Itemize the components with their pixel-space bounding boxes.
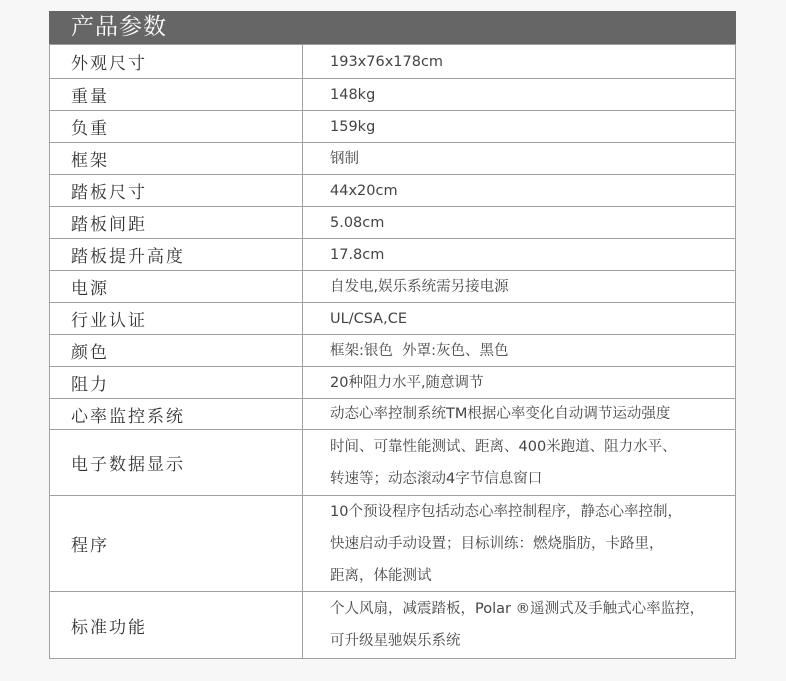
value-line: 5.08cm bbox=[330, 207, 735, 239]
table-row-color: 颜色 框架:银色 外罩:灰色、黑色 bbox=[50, 334, 735, 366]
table-row-pedal-lift: 踏板提升高度 17.8cm bbox=[50, 238, 735, 270]
row-label: 踏板尺寸 bbox=[50, 175, 303, 206]
table-header: 产品参数 bbox=[49, 11, 736, 44]
row-label: 程序 bbox=[50, 496, 303, 591]
value-line: 20种阻力水平,随意调节 bbox=[330, 367, 735, 399]
row-value: 个人风扇，减震踏板，Polar ®遥测式及手触式心率监控， 可升级星驰娱乐系统 bbox=[303, 592, 735, 658]
row-value: 17.8cm bbox=[303, 239, 735, 270]
table-row-standard-features: 标准功能 个人风扇，减震踏板，Polar ®遥测式及手触式心率监控， 可升级星驰… bbox=[50, 591, 735, 658]
row-label: 框架 bbox=[50, 143, 303, 174]
value-line: 框架:银色 外罩:灰色、黑色 bbox=[330, 335, 735, 367]
table-row-display: 电子数据显示 时间、可靠性能测试、距离、400米跑道、阻力水平、 转速等；动态滚… bbox=[50, 429, 735, 495]
table-row-dimensions: 外观尺寸 193x76x178cm bbox=[50, 44, 735, 78]
row-value: 159kg bbox=[303, 111, 735, 142]
value-line: 距离，体能测试 bbox=[330, 560, 735, 592]
value-line: 动态心率控制系统TM根据心率变化自动调节运动强度 bbox=[330, 398, 735, 430]
table-row-frame: 框架 钢制 bbox=[50, 142, 735, 174]
row-label: 阻力 bbox=[50, 367, 303, 398]
value-line: 193x76x178cm bbox=[330, 46, 735, 78]
row-label: 颜色 bbox=[50, 335, 303, 366]
row-label: 电子数据显示 bbox=[50, 430, 303, 495]
value-line: 44x20cm bbox=[330, 175, 735, 207]
row-value: UL/CSA,CE bbox=[303, 303, 735, 334]
table-row-heart-rate: 心率监控系统 动态心率控制系统TM根据心率变化自动调节运动强度 bbox=[50, 398, 735, 429]
table-row-pedal-spacing: 踏板间距 5.08cm bbox=[50, 206, 735, 238]
row-label: 负重 bbox=[50, 111, 303, 142]
row-value: 193x76x178cm bbox=[303, 45, 735, 78]
row-value: 动态心率控制系统TM根据心率变化自动调节运动强度 bbox=[303, 399, 735, 429]
row-label: 电源 bbox=[50, 271, 303, 302]
row-value: 20种阻力水平,随意调节 bbox=[303, 367, 735, 398]
row-label: 踏板间距 bbox=[50, 207, 303, 238]
row-label: 外观尺寸 bbox=[50, 45, 303, 78]
table-row-weight: 重量 148kg bbox=[50, 78, 735, 110]
row-value: 钢制 bbox=[303, 143, 735, 174]
row-value: 44x20cm bbox=[303, 175, 735, 206]
table-row-programs: 程序 10个预设程序包括动态心率控制程序，静态心率控制， 快速启动手动设置；目标… bbox=[50, 495, 735, 591]
value-line: 钢制 bbox=[330, 143, 735, 175]
table-row-max-load: 负重 159kg bbox=[50, 110, 735, 142]
value-line: 转速等；动态滚动4字节信息窗口 bbox=[330, 463, 735, 495]
table-row-pedal-size: 踏板尺寸 44x20cm bbox=[50, 174, 735, 206]
table-row-resistance: 阻力 20种阻力水平,随意调节 bbox=[50, 366, 735, 398]
row-value: 148kg bbox=[303, 79, 735, 110]
table-row-certification: 行业认证 UL/CSA,CE bbox=[50, 302, 735, 334]
table-row-power: 电源 自发电,娱乐系统需另接电源 bbox=[50, 270, 735, 302]
row-value: 5.08cm bbox=[303, 207, 735, 238]
value-line: 148kg bbox=[330, 79, 735, 111]
value-line: 自发电,娱乐系统需另接电源 bbox=[330, 271, 735, 303]
row-value: 自发电,娱乐系统需另接电源 bbox=[303, 271, 735, 302]
value-line: 快速启动手动设置；目标训练：燃烧脂肪，卡路里， bbox=[330, 528, 735, 560]
value-line: 159kg bbox=[330, 111, 735, 143]
row-label: 行业认证 bbox=[50, 303, 303, 334]
value-line: 10个预设程序包括动态心率控制程序，静态心率控制， bbox=[330, 496, 735, 528]
row-label: 标准功能 bbox=[50, 592, 303, 658]
value-line: 可升级星驰娱乐系统 bbox=[330, 625, 735, 657]
product-spec-table: 产品参数 外观尺寸 193x76x178cm 重量 148kg 负重 159kg… bbox=[49, 11, 736, 659]
row-label: 心率监控系统 bbox=[50, 399, 303, 429]
value-line: UL/CSA,CE bbox=[330, 303, 735, 335]
row-value: 10个预设程序包括动态心率控制程序，静态心率控制， 快速启动手动设置；目标训练：… bbox=[303, 496, 735, 591]
row-value: 时间、可靠性能测试、距离、400米跑道、阻力水平、 转速等；动态滚动4字节信息窗… bbox=[303, 430, 735, 495]
value-line: 17.8cm bbox=[330, 239, 735, 271]
row-value: 框架:银色 外罩:灰色、黑色 bbox=[303, 335, 735, 366]
row-label: 踏板提升高度 bbox=[50, 239, 303, 270]
value-line: 个人风扇，减震踏板，Polar ®遥测式及手触式心率监控， bbox=[330, 593, 735, 625]
value-line: 时间、可靠性能测试、距离、400米跑道、阻力水平、 bbox=[330, 431, 735, 463]
row-label: 重量 bbox=[50, 79, 303, 110]
